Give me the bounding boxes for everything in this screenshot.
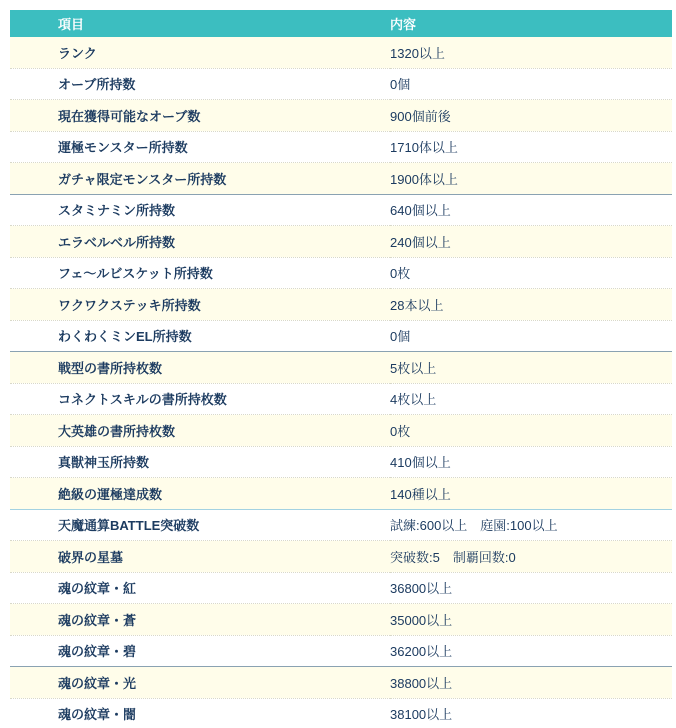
table-row: 天魔通算BATTLE突破数試練:600以上 庭園:100以上 [10, 509, 672, 541]
table-row: 運極モンスター所持数1710体以上 [10, 131, 672, 163]
value-cell: 1900体以上 [390, 163, 672, 195]
item-cell: オーブ所持数 [10, 68, 390, 100]
table-row: ランク1320以上 [10, 37, 672, 68]
info-table: 項目 内容 ランク1320以上オーブ所持数0個現在獲得可能なオーブ数900個前後… [10, 10, 672, 728]
item-cell: スタミナミン所持数 [10, 194, 390, 226]
table-row: 魂の紋章・光38800以上 [10, 667, 672, 699]
value-cell: 1710体以上 [390, 131, 672, 163]
value-cell: 36200以上 [390, 635, 672, 667]
item-cell: 破界の星墓 [10, 541, 390, 573]
item-cell: 魂の紋章・碧 [10, 635, 390, 667]
value-cell: 240個以上 [390, 226, 672, 258]
item-cell: 魂の紋章・光 [10, 667, 390, 699]
table-row: 魂の紋章・碧36200以上 [10, 635, 672, 667]
item-cell: 運極モンスター所持数 [10, 131, 390, 163]
item-cell: ランク [10, 37, 390, 68]
value-cell: 突破数:5 制覇回数:0 [390, 541, 672, 573]
item-cell: 魂の紋章・蒼 [10, 604, 390, 636]
value-cell: 0枚 [390, 415, 672, 447]
header-row: 項目 内容 [10, 10, 672, 37]
item-cell: わくわくミンEL所持数 [10, 320, 390, 352]
table-row: 戦型の書所持枚数5枚以上 [10, 352, 672, 384]
table-row: 大英雄の書所持枚数0枚 [10, 415, 672, 447]
column-header-item: 項目 [10, 10, 390, 37]
table-row: 絶級の運極達成数140種以上 [10, 478, 672, 510]
table-row: エラベルベル所持数240個以上 [10, 226, 672, 258]
value-cell: 38100以上 [390, 698, 672, 728]
table-row: スタミナミン所持数640個以上 [10, 194, 672, 226]
table-row: 魂の紋章・紅36800以上 [10, 572, 672, 604]
table-row: 現在獲得可能なオーブ数900個前後 [10, 100, 672, 132]
value-cell: 1320以上 [390, 37, 672, 68]
table-row: わくわくミンEL所持数0個 [10, 320, 672, 352]
table-row: 真獣神玉所持数410個以上 [10, 446, 672, 478]
item-cell: 大英雄の書所持枚数 [10, 415, 390, 447]
item-cell: 戦型の書所持枚数 [10, 352, 390, 384]
item-cell: 魂の紋章・闇 [10, 698, 390, 728]
value-cell: 5枚以上 [390, 352, 672, 384]
item-cell: 魂の紋章・紅 [10, 572, 390, 604]
value-cell: 0個 [390, 320, 672, 352]
table-row: 破界の星墓突破数:5 制覇回数:0 [10, 541, 672, 573]
value-cell: 試練:600以上 庭園:100以上 [390, 509, 672, 541]
value-cell: 0枚 [390, 257, 672, 289]
table-row: ガチャ限定モンスター所持数1900体以上 [10, 163, 672, 195]
value-cell: 0個 [390, 68, 672, 100]
value-cell: 900個前後 [390, 100, 672, 132]
value-cell: 36800以上 [390, 572, 672, 604]
item-cell: エラベルベル所持数 [10, 226, 390, 258]
item-cell: ガチャ限定モンスター所持数 [10, 163, 390, 195]
value-cell: 410個以上 [390, 446, 672, 478]
table-header: 項目 内容 [10, 10, 672, 37]
value-cell: 35000以上 [390, 604, 672, 636]
table-row: オーブ所持数0個 [10, 68, 672, 100]
value-cell: 28本以上 [390, 289, 672, 321]
table-body: ランク1320以上オーブ所持数0個現在獲得可能なオーブ数900個前後運極モンスタ… [10, 37, 672, 728]
item-cell: フェ〜ルビスケット所持数 [10, 257, 390, 289]
item-cell: 現在獲得可能なオーブ数 [10, 100, 390, 132]
item-cell: 絶級の運極達成数 [10, 478, 390, 510]
value-cell: 38800以上 [390, 667, 672, 699]
value-cell: 140種以上 [390, 478, 672, 510]
item-cell: コネクトスキルの書所持枚数 [10, 383, 390, 415]
value-cell: 640個以上 [390, 194, 672, 226]
item-cell: 真獣神玉所持数 [10, 446, 390, 478]
item-cell: 天魔通算BATTLE突破数 [10, 509, 390, 541]
value-cell: 4枚以上 [390, 383, 672, 415]
table-row: 魂の紋章・闇38100以上 [10, 698, 672, 728]
column-header-content: 内容 [390, 10, 672, 37]
table-row: フェ〜ルビスケット所持数0枚 [10, 257, 672, 289]
table-row: ワクワクステッキ所持数28本以上 [10, 289, 672, 321]
table-row: 魂の紋章・蒼35000以上 [10, 604, 672, 636]
item-cell: ワクワクステッキ所持数 [10, 289, 390, 321]
page: 項目 内容 ランク1320以上オーブ所持数0個現在獲得可能なオーブ数900個前後… [0, 0, 676, 728]
table-row: コネクトスキルの書所持枚数4枚以上 [10, 383, 672, 415]
